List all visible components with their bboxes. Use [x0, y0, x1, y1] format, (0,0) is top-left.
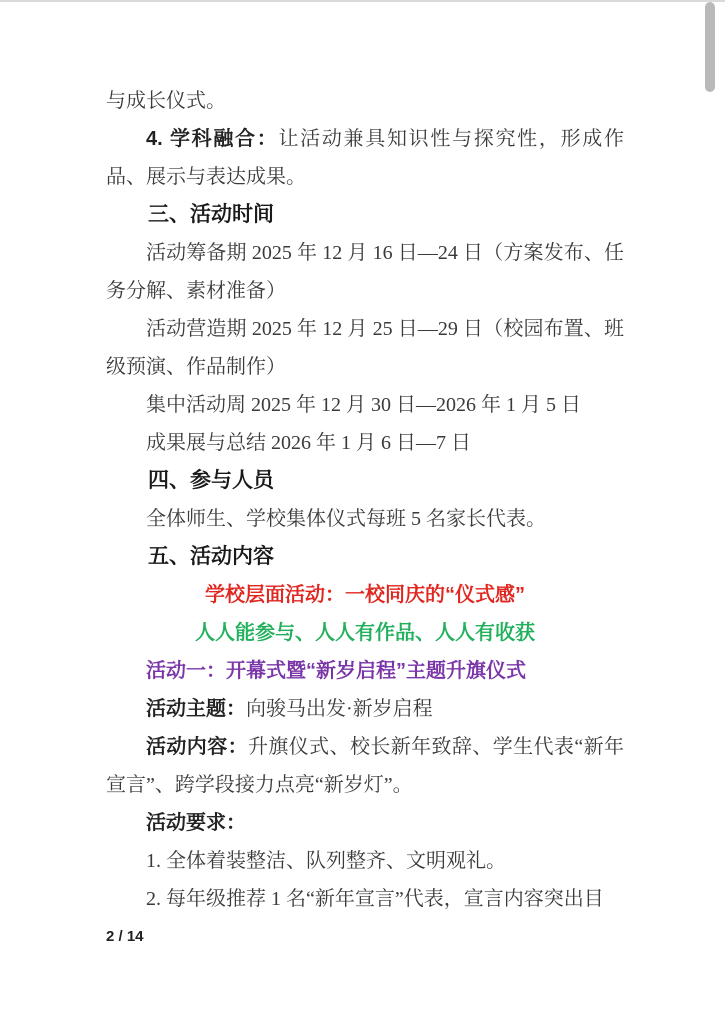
section-heading: 五、活动内容 — [106, 538, 624, 576]
paragraph: 2. 每年级推荐 1 名“新年宣言”代表，宣言内容突出目 — [106, 880, 624, 918]
paragraph: 与成长仪式。 — [106, 82, 624, 120]
paragraph: 成果展与总结 2026 年 1 月 6 日—7 日 — [106, 424, 624, 462]
text-run: 活动营造期 2025 年 12 月 25 日—29 日（校园布置、班级预演、作品… — [106, 318, 624, 378]
text-run-bold: 活动内容： — [146, 736, 248, 758]
paragraph: 全体师生、学校集体仪式每班 5 名家长代表。 — [106, 500, 624, 538]
text-run: 向骏马出发·新岁启程 — [246, 698, 433, 720]
highlight-line-red: 学校层面活动：一校同庆的“仪式感” — [106, 576, 624, 614]
text-run: 全体师生、学校集体仪式每班 5 名家长代表。 — [146, 508, 546, 530]
paragraph: 活动筹备期 2025 年 12 月 16 日—24 日（方案发布、任务分解、素材… — [106, 234, 624, 310]
paragraph: 1. 全体着装整洁、队列整齐、文明观礼。 — [106, 842, 624, 880]
window-top-divider — [0, 0, 725, 2]
paragraph: 活动主题：向骏马出发·新岁启程 — [106, 690, 624, 728]
text-run: 与成长仪式。 — [106, 90, 226, 112]
text-run: 成果展与总结 2026 年 1 月 6 日—7 日 — [146, 432, 471, 454]
paragraph: 活动内容：升旗仪式、校长新年致辞、学生代表“新年宣言”、跨学段接力点亮“新岁灯”… — [106, 728, 624, 804]
text-run-bold: 4. 学科融合： — [146, 128, 278, 150]
activity-title: 活动一：开幕式暨“新岁启程”主题升旗仪式 — [106, 652, 624, 690]
paragraph: 活动要求： — [106, 804, 624, 842]
text-run: 1. 全体着装整洁、队列整齐、文明观礼。 — [146, 850, 506, 872]
section-heading: 三、活动时间 — [106, 196, 624, 234]
text-run-bold: 活动主题： — [146, 698, 246, 720]
text-run: 2. 每年级推荐 1 名“新年宣言”代表，宣言内容突出目 — [146, 888, 604, 910]
text-run: 集中活动周 2025 年 12 月 30 日—2026 年 1 月 5 日 — [146, 394, 581, 416]
section-heading: 四、参与人员 — [106, 462, 624, 500]
highlight-line-green: 人人能参与、人人有作品、人人有收获 — [106, 614, 624, 652]
scrollbar-thumb[interactable] — [705, 2, 715, 92]
paragraph: 集中活动周 2025 年 12 月 30 日—2026 年 1 月 5 日 — [106, 386, 624, 424]
paragraph: 活动营造期 2025 年 12 月 25 日—29 日（校园布置、班级预演、作品… — [106, 310, 624, 386]
text-run: 活动筹备期 2025 年 12 月 16 日—24 日（方案发布、任务分解、素材… — [106, 242, 624, 302]
text-run-bold: 活动要求： — [146, 812, 246, 834]
document-page: 与成长仪式。4. 学科融合：让活动兼具知识性与探究性，形成作品、展示与表达成果。… — [106, 82, 624, 956]
page-number-indicator: 2 / 14 — [106, 918, 624, 956]
paragraph-flow: 与成长仪式。4. 学科融合：让活动兼具知识性与探究性，形成作品、展示与表达成果。… — [106, 82, 624, 918]
paragraph: 4. 学科融合：让活动兼具知识性与探究性，形成作品、展示与表达成果。 — [106, 120, 624, 196]
